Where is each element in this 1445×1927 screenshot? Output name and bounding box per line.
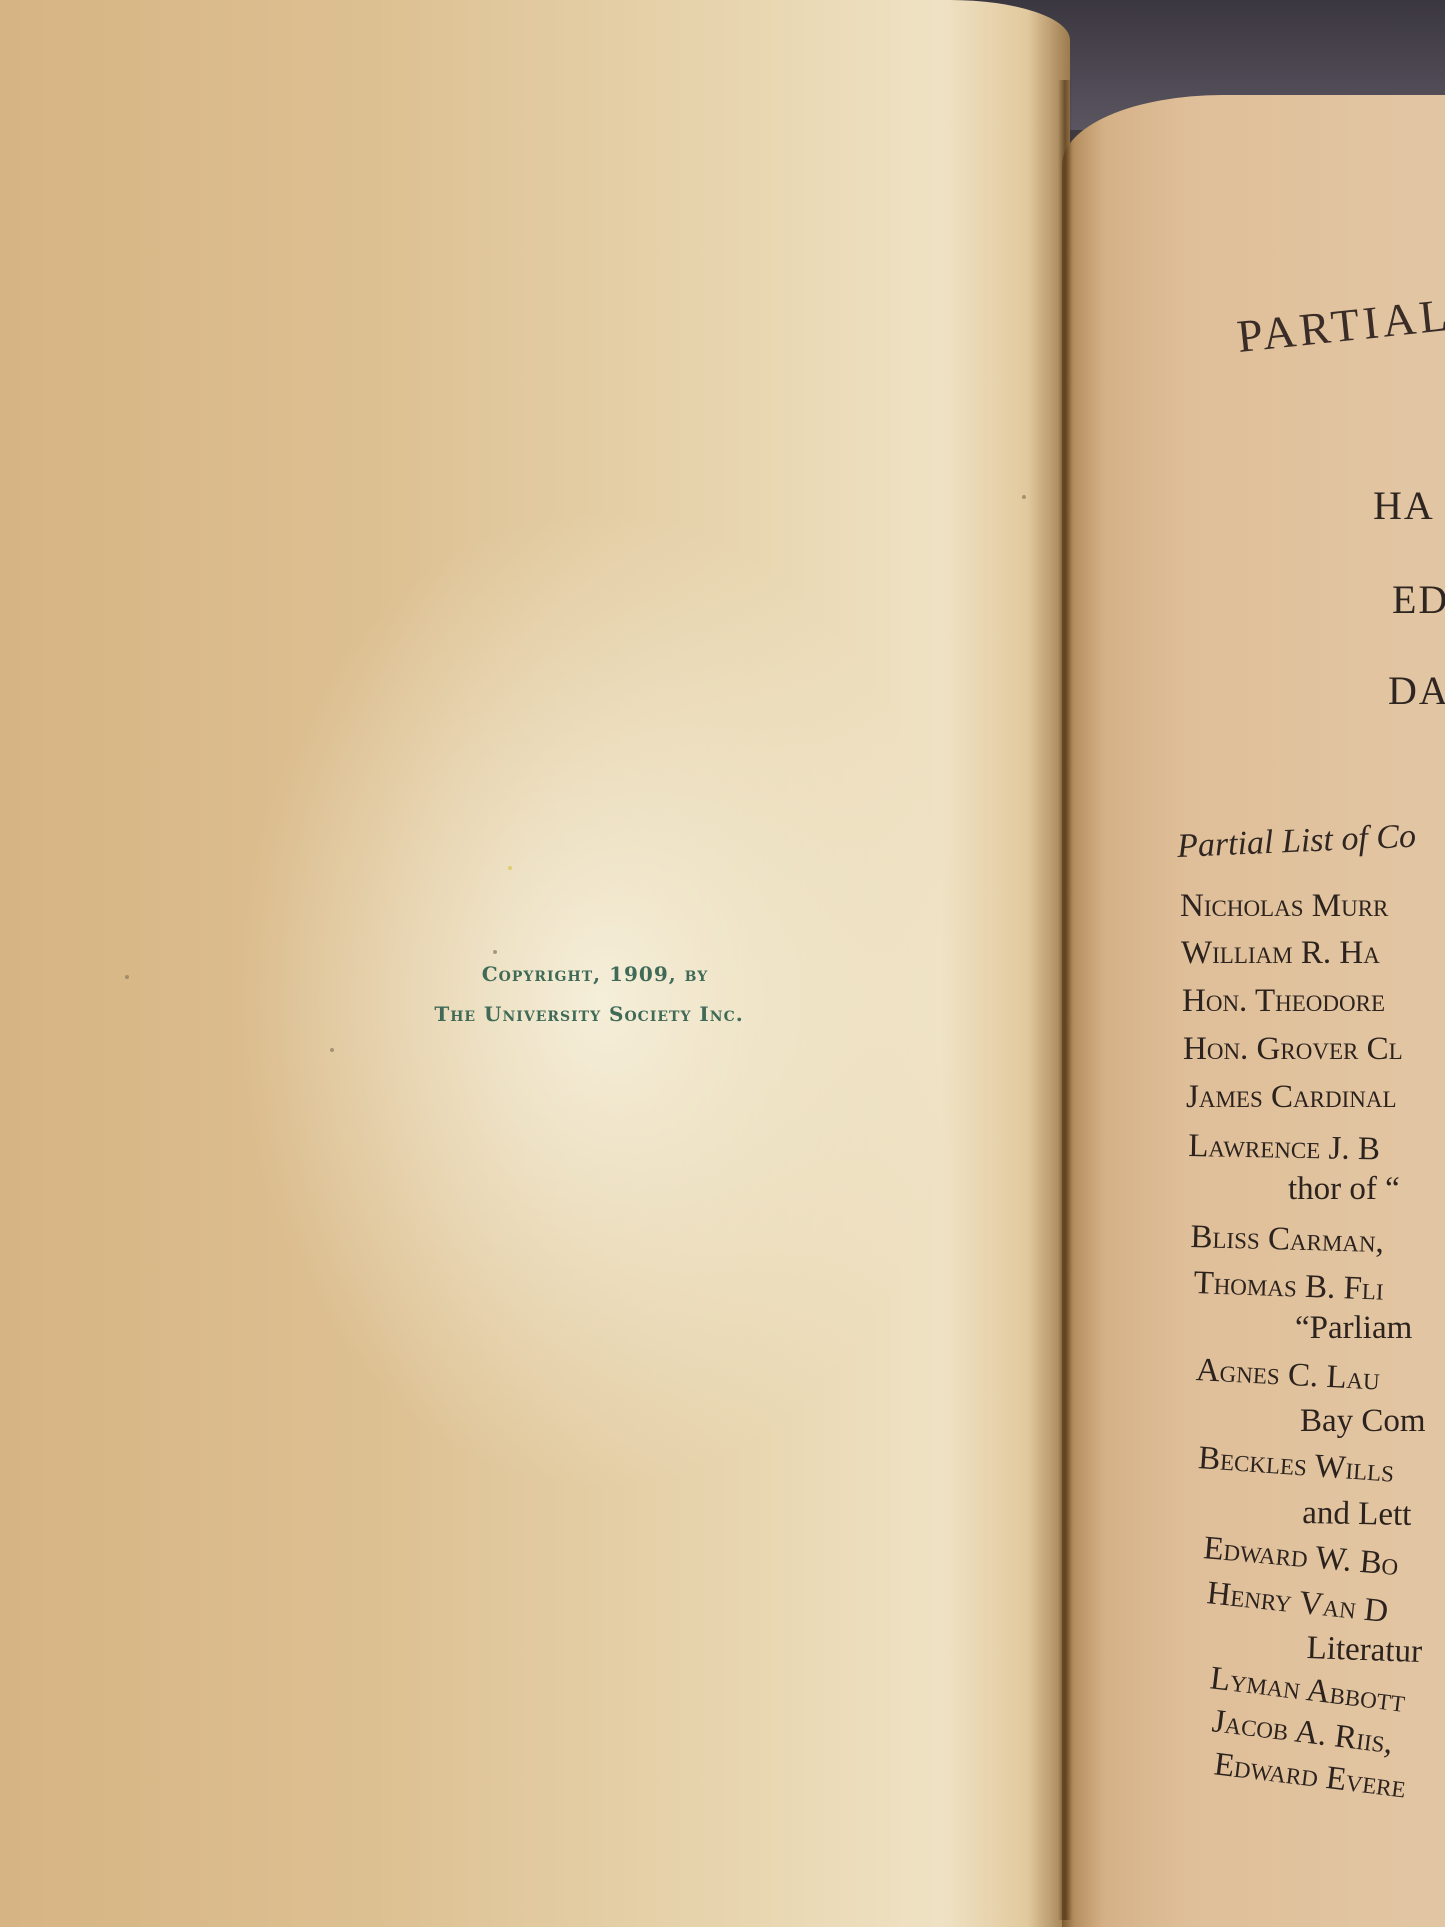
left-page: Copyright, 1909, by The University Socie… (0, 0, 1070, 1927)
list-item: James Cardinal (1186, 1079, 1397, 1116)
list-item: Hon. Theodore (1182, 983, 1385, 1020)
list-item-continuation: Literatur (1306, 1630, 1423, 1671)
list-item: Hon. Grover Cl (1183, 1031, 1403, 1068)
section-header: HA (1373, 482, 1435, 529)
paper-speck (1022, 495, 1026, 499)
publisher-line: The University Society Inc. (378, 1002, 800, 1026)
list-item: Nicholas Murr (1180, 888, 1388, 925)
section-header: ED (1392, 576, 1445, 623)
copyright-notice: Copyright, 1909, by The University Socie… (380, 962, 800, 1026)
list-item-continuation: thor of “ (1288, 1171, 1400, 1208)
paper-speck (508, 866, 512, 870)
copyright-line: Copyright, 1909, by (390, 962, 800, 986)
list-item-continuation: “Parliam (1295, 1310, 1412, 1347)
paper-speck (330, 1048, 334, 1052)
section-header: DA (1388, 667, 1445, 714)
paper-speck (125, 975, 129, 979)
book-gutter (1058, 80, 1072, 1920)
list-item: William R. Ha (1181, 935, 1380, 972)
list-item-continuation: Bay Com (1300, 1403, 1426, 1440)
list-item: Bliss Carman, (1190, 1219, 1384, 1261)
paper-speck (493, 950, 497, 954)
list-item: Lawrence J. B (1188, 1128, 1380, 1168)
list-item-continuation: and Lett (1302, 1495, 1412, 1534)
list-item: Thomas B. Fli (1193, 1265, 1384, 1309)
open-book-photo: Copyright, 1909, by The University Socie… (0, 0, 1445, 1927)
